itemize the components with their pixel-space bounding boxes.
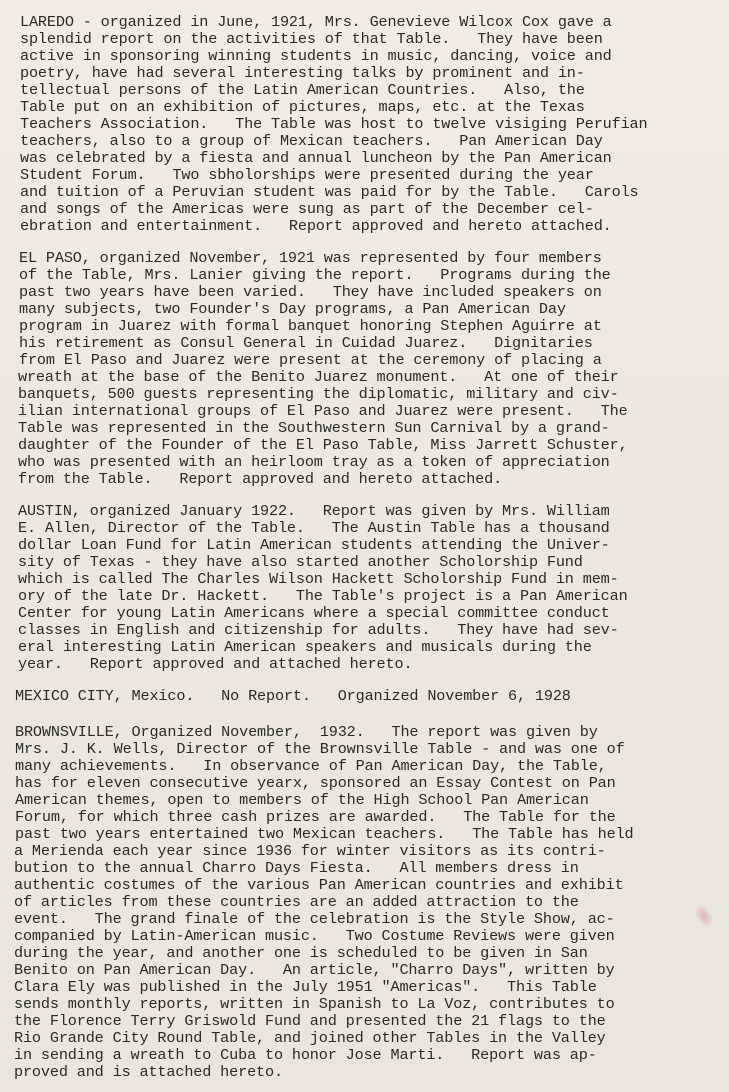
- text-line: Table put on an exhibition of pictures, …: [20, 99, 585, 116]
- text-line: banquets, 500 guests representing the di…: [18, 386, 619, 403]
- text-line: a Merienda each year since 1936 for wint…: [14, 843, 606, 860]
- text-line: event. The grand finale of the celebrati…: [14, 911, 615, 928]
- text-line: program in Juarez with formal banquet ho…: [19, 318, 602, 335]
- typewritten-page: LAREDO - organized in June, 1921, Mrs. G…: [0, 0, 729, 1092]
- text-line: in sending a wreath to Cuba to honor Jos…: [14, 1047, 597, 1064]
- text-line: Forum, for which three cash prizes are a…: [15, 809, 616, 826]
- text-line: during the year, and another one is sche…: [14, 945, 588, 962]
- text-line: was celebrated by a fiesta and annual lu…: [20, 150, 612, 167]
- text-line: companied by Latin-American music. Two C…: [14, 928, 615, 945]
- text-line: eral interesting Latin American speakers…: [18, 639, 592, 656]
- text-line: and songs of the Americas were sung as p…: [20, 201, 594, 218]
- text-line: American themes, open to members of the …: [15, 792, 589, 809]
- text-line: from El Paso and Juarez were present at …: [19, 352, 602, 369]
- text-line: who was presented with an heirloom tray …: [18, 454, 610, 471]
- text-line: bution to the annual Charro Days Fiesta.…: [14, 860, 579, 877]
- text-line: from the Table. Report approved and here…: [18, 471, 502, 488]
- text-line: past two years entertained two Mexican t…: [15, 826, 634, 843]
- text-line: his retirement as Consul General in Cuid…: [19, 335, 593, 352]
- text-line: LAREDO - organized in June, 1921, Mrs. G…: [20, 14, 612, 31]
- text-line: the Florence Terry Griswold Fund and pre…: [14, 1013, 606, 1030]
- text-line: and tuition of a Peruvian student was pa…: [20, 184, 639, 201]
- text-line: year. Report approved and attached heret…: [18, 656, 412, 673]
- text-line: wreath at the base of the Benito Juarez …: [18, 369, 619, 386]
- text-line: classes in English and citizenship for a…: [18, 622, 619, 639]
- text-line: tellectual persons of the Latin American…: [20, 82, 585, 99]
- text-line: sends monthly reports, written in Spanis…: [14, 996, 615, 1013]
- text-line: past two years have been varied. They ha…: [19, 284, 602, 301]
- text-line: splendid report on the activities of tha…: [20, 31, 603, 48]
- text-line: ebration and entertainment. Report appro…: [20, 218, 612, 235]
- text-line: Mrs. J. K. Wells, Director of the Browns…: [15, 741, 625, 758]
- text-line: authentic costumes of the various Pan Am…: [14, 877, 624, 894]
- text-line: Student Forum. Two sbholorships were pre…: [20, 167, 594, 184]
- text-line: MEXICO CITY, Mexico. No Report. Organize…: [15, 688, 571, 705]
- text-line: Benito on Pan American Day. An article, …: [14, 962, 615, 979]
- text-line: Table was represented in the Southwester…: [18, 420, 610, 437]
- text-line: AUSTIN, organized January 1922. Report w…: [18, 503, 610, 520]
- text-line: teachers, also to a group of Mexican tea…: [20, 133, 603, 150]
- text-line: many subjects, two Founder's Day program…: [19, 301, 566, 318]
- text-line: of articles from these countries are an …: [14, 894, 579, 911]
- ink-smudge: [692, 903, 715, 929]
- text-line: ilian international groups of El Paso an…: [18, 403, 628, 420]
- text-line: proved and is attached hereto.: [14, 1064, 283, 1081]
- text-line: sity of Texas - they have also started a…: [18, 554, 583, 571]
- text-line: Clara Ely was published in the July 1951…: [14, 979, 597, 996]
- text-line: EL PASO, organized November, 1921 was re…: [19, 250, 602, 267]
- text-line: dollar Loan Fund for Latin American stud…: [18, 537, 610, 554]
- text-line: E. Allen, Director of the Table. The Aus…: [18, 520, 610, 537]
- text-line: Center for young Latin Americans where a…: [18, 605, 610, 622]
- text-line: has for eleven consecutive yearx, sponso…: [15, 775, 616, 792]
- text-line: BROWNSVILLE, Organized November, 1932. T…: [15, 724, 598, 741]
- text-line: of the Table, Mrs. Lanier giving the rep…: [19, 267, 611, 284]
- text-line: active in sponsoring winning students in…: [20, 48, 612, 65]
- text-line: which is called The Charles Wilson Hacke…: [18, 571, 619, 588]
- text-line: Teachers Association. The Table was host…: [20, 116, 647, 133]
- text-line: poetry, have had several interesting tal…: [20, 65, 585, 82]
- text-line: ory of the late Dr. Hackett. The Table's…: [18, 588, 628, 605]
- text-line: many achievements. In observance of Pan …: [15, 758, 607, 775]
- text-line: Rio Grande City Round Table, and joined …: [14, 1030, 606, 1047]
- text-line: daughter of the Founder of the El Paso T…: [18, 437, 628, 454]
